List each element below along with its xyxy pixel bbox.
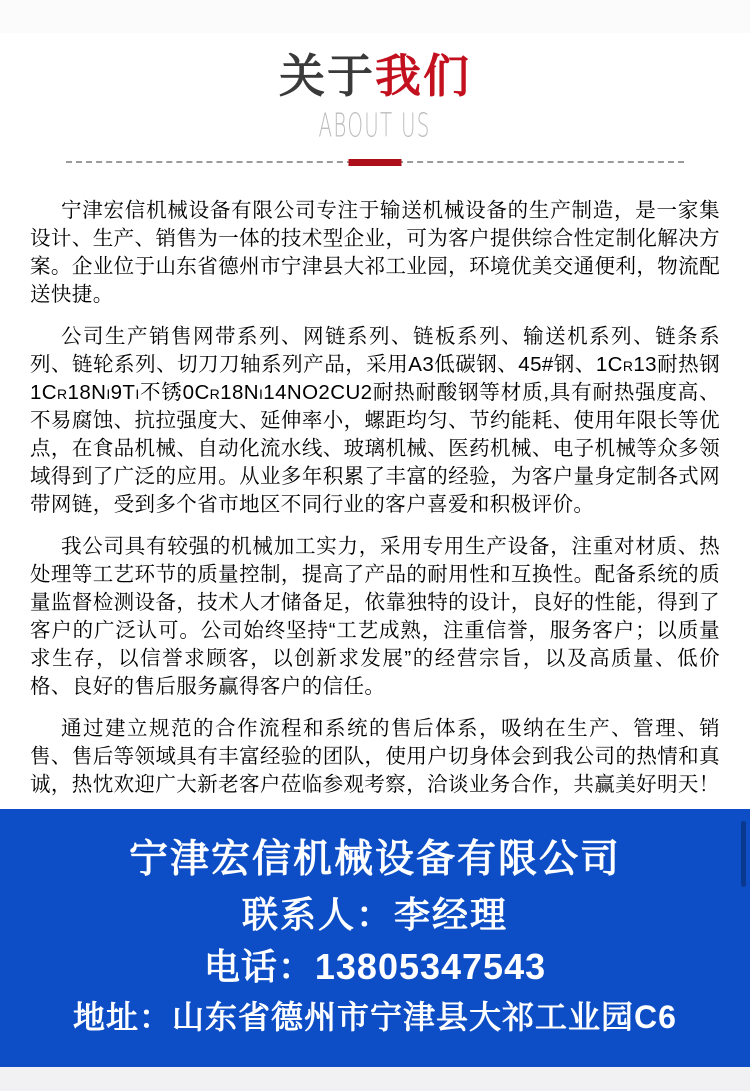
- scrollbar-thumb[interactable]: [741, 821, 746, 887]
- phone-number: 电话：13805347543: [204, 941, 546, 993]
- divider-accent-bar: [349, 159, 402, 166]
- about-content: 宁津宏信机械设备有限公司专注于输送机械设备的生产制造，是一家集设计、生产、销售为…: [0, 197, 750, 799]
- top-strip: [0, 0, 750, 33]
- about-paragraph-intro: 宁津宏信机械设备有限公司专注于输送机械设备的生产制造，是一家集设计、生产、销售为…: [30, 197, 720, 309]
- page-title-dark-part: 关于: [279, 50, 375, 102]
- company-address: 地址：山东省德州市宁津县大祁工业园C6: [73, 993, 677, 1041]
- page-title-red-part: 我们: [375, 50, 471, 102]
- page-title: 关于我们: [0, 47, 750, 105]
- bottom-strip: [0, 1067, 750, 1091]
- about-paragraph-products: 公司生产销售网带系列、网链系列、链板系列、输送机系列、链条系列、链轮系列、切刀刀…: [30, 323, 720, 519]
- about-paragraph-quality: 我公司具有较强的机械加工实力，采用专用生产设备，注重对材质、热处理等工艺环节的质…: [30, 533, 720, 701]
- section-divider: [66, 161, 684, 163]
- section-subtitle-text: ABOUT US: [319, 108, 431, 144]
- contact-footer: 宁津宏信机械设备有限公司 联系人：李经理 电话：13805347543 地址：山…: [0, 809, 750, 1067]
- section-subtitle: ABOUT US: [0, 109, 750, 145]
- company-name: 宁津宏信机械设备有限公司: [129, 835, 621, 885]
- contact-person: 联系人：李经理: [242, 889, 508, 941]
- about-paragraph-welcome: 通过建立规范的合作流程和系统的售后体系，吸纳在生产、管理、销售、售后等领域具有丰…: [30, 715, 720, 799]
- about-section-header: 关于我们 ABOUT US: [0, 33, 750, 163]
